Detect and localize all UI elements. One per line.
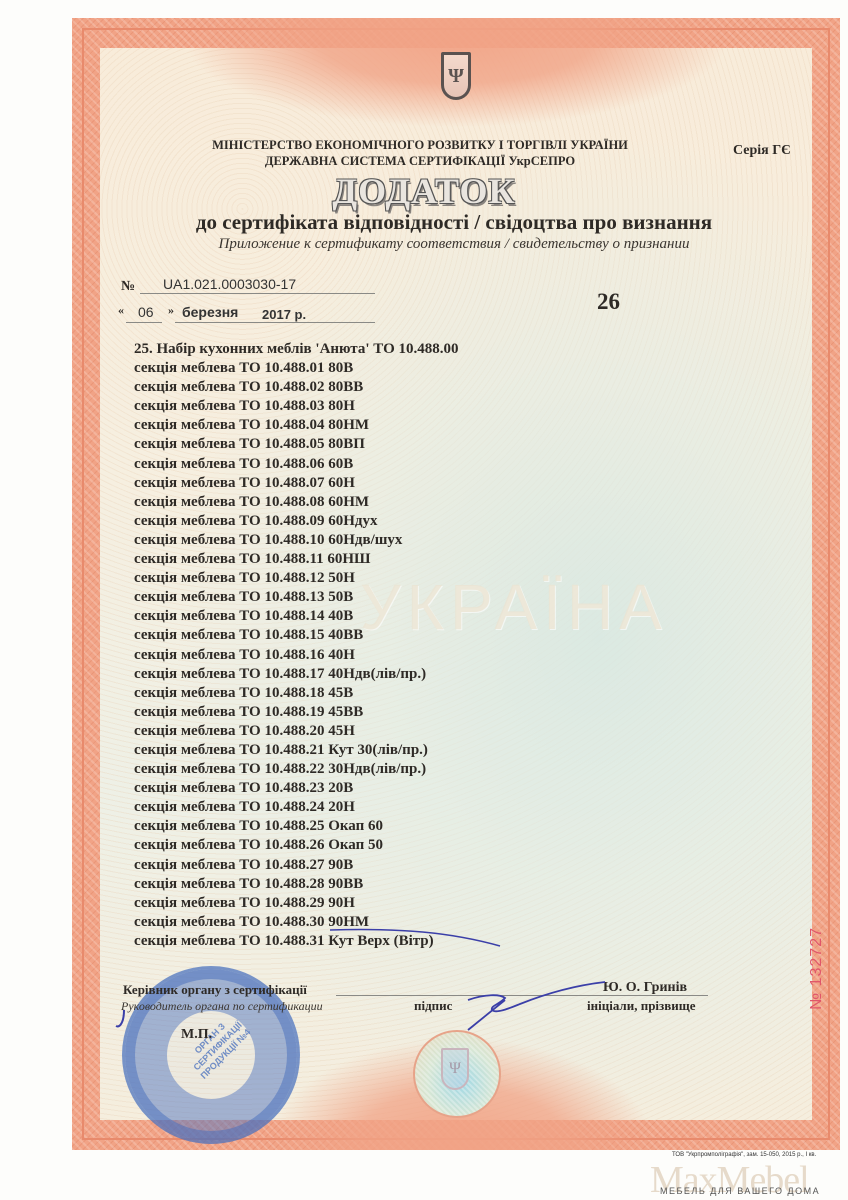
list-item: секція меблева ТО 10.488.02 80ВВ <box>134 378 459 397</box>
list-item: секція меблева ТО 10.488.30 90НМ <box>134 913 459 932</box>
list-item: секція меблева ТО 10.488.19 45ВВ <box>134 703 459 722</box>
list-item: секція меблева ТО 10.488.26 Окап 50 <box>134 836 459 855</box>
certificate-number: UA1.021.0003030-17 <box>163 276 296 292</box>
product-list: 25. Набір кухонних меблів 'Анюта' ТО 10.… <box>134 340 459 951</box>
seal-label: М.П. <box>181 1027 212 1043</box>
date-day: 06 <box>138 304 154 320</box>
quote-open: « <box>118 303 124 318</box>
document-subtitle-ru: Приложение к сертификату соответствия / … <box>0 236 848 253</box>
brand-tagline: МЕБЕЛЬ ДЛЯ ВАШЕГО ДОМА <box>660 1186 820 1196</box>
hologram-trident-icon: Ψ <box>441 1048 469 1090</box>
issuer-header: МІНІСТЕРСТВО ЕКОНОМІЧНОГО РОЗВИТКУ І ТОР… <box>120 137 720 169</box>
list-item: секція меблева ТО 10.488.24 20Н <box>134 798 459 817</box>
list-item: секція меблева ТО 10.488.04 80НМ <box>134 416 459 435</box>
number-underline <box>140 293 375 294</box>
signer-name: Ю. О. Гринів <box>603 980 687 996</box>
list-item: секція меблева ТО 10.488.13 50В <box>134 588 459 607</box>
trident-icon: Ψ <box>441 52 471 100</box>
list-item: секція меблева ТО 10.488.05 80ВП <box>134 435 459 454</box>
head-of-body-label-ru: Руководитель органа по сертификации <box>121 999 323 1014</box>
list-item: секція меблева ТО 10.488.21 Кут 30(лів/п… <box>134 741 459 760</box>
list-item: секція меблева ТО 10.488.23 20В <box>134 779 459 798</box>
list-item: секція меблева ТО 10.488.06 60В <box>134 455 459 474</box>
list-item: секція меблева ТО 10.488.09 60Ндух <box>134 512 459 531</box>
number-label: № <box>121 279 135 295</box>
list-item: секція меблева ТО 10.488.20 45Н <box>134 722 459 741</box>
head-of-body-label: Керівник органу з сертифікації <box>123 982 307 998</box>
initials-caption: ініціали, прізвище <box>587 998 696 1014</box>
ministry-name: МІНІСТЕРСТВО ЕКОНОМІЧНОГО РОЗВИТКУ І ТОР… <box>120 137 720 153</box>
list-item: секція меблева ТО 10.488.29 90Н <box>134 894 459 913</box>
serial-number: № 132727 <box>808 927 826 1010</box>
quote-close: » <box>168 303 174 318</box>
series-label: Серія ГЄ <box>733 143 791 159</box>
list-item: секція меблева ТО 10.488.18 45В <box>134 684 459 703</box>
list-item: секція меблева ТО 10.488.14 40В <box>134 607 459 626</box>
list-item: секція меблева ТО 10.488.27 90В <box>134 856 459 875</box>
list-item: секція меблева ТО 10.488.03 80Н <box>134 397 459 416</box>
day-underline <box>126 322 162 323</box>
product-set-title: 25. Набір кухонних меблів 'Анюта' ТО 10.… <box>134 340 459 359</box>
list-item: секція меблева ТО 10.488.28 90ВВ <box>134 875 459 894</box>
list-item: секція меблева ТО 10.488.10 60Ндв/шух <box>134 531 459 550</box>
list-item: секція меблева ТО 10.488.16 40Н <box>134 646 459 665</box>
signature-caption: підпис <box>414 998 452 1014</box>
list-item: секція меблева ТО 10.488.17 40Ндв(лів/пр… <box>134 665 459 684</box>
list-item: секція меблева ТО 10.488.22 30Ндв(лів/пр… <box>134 760 459 779</box>
list-item: секція меблева ТО 10.488.08 60НМ <box>134 493 459 512</box>
list-item: секція меблева ТО 10.488.31 Кут Верх (Ві… <box>134 932 459 951</box>
list-item: секція меблева ТО 10.488.01 80В <box>134 359 459 378</box>
document-title: ДОДАТОК <box>0 170 848 212</box>
month-underline <box>175 322 375 323</box>
date-month: березня <box>182 304 238 320</box>
list-item: секція меблева ТО 10.488.15 40ВВ <box>134 626 459 645</box>
list-item: секція меблева ТО 10.488.12 50Н <box>134 569 459 588</box>
date-year: 2017 р. <box>262 307 306 322</box>
page-number: 26 <box>597 289 620 315</box>
list-item: секція меблева ТО 10.488.11 60НШ <box>134 550 459 569</box>
document-subtitle: до сертифіката відповідності / свідоцтва… <box>0 210 848 235</box>
certification-system: ДЕРЖАВНА СИСТЕМА СЕРТИФІКАЦІЇ УкрСЕПРО <box>120 153 720 169</box>
list-item: секція меблева ТО 10.488.07 60Н <box>134 474 459 493</box>
list-item: секція меблева ТО 10.488.25 Окап 60 <box>134 817 459 836</box>
